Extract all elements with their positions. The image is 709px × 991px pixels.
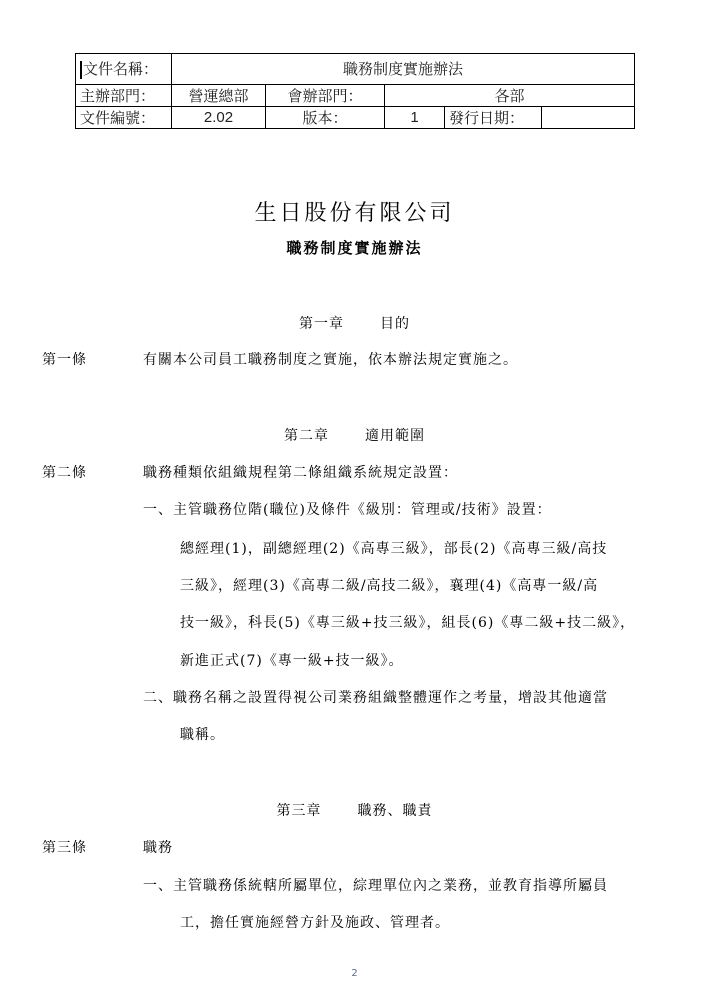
company-name: 生日股份有限公司 xyxy=(0,196,709,227)
co-dept-value[interactable]: 各部 xyxy=(385,85,635,107)
article-2-item-1-line-2: 總經理(1)，副總經理(2)《高專三級》，部長(2)《高專三級/高技 xyxy=(180,538,607,558)
text-cursor xyxy=(80,61,82,79)
article-3-number: 第三條 xyxy=(42,837,87,857)
chapter-name: 目的 xyxy=(380,316,410,332)
doc-name-label: 文件名稱： xyxy=(83,60,158,78)
article-2-item-1-line-4: 技一級》，科長(5)《專三級+技三級》，組長(6)《專二級+技二級》， xyxy=(180,612,635,632)
article-2-text: 職務種類依組織規程第二條組織系統規定設置： xyxy=(143,462,458,482)
doc-name-value[interactable]: 職務制度實施辦法 xyxy=(172,54,635,85)
chapter-number: 第一章 xyxy=(299,316,344,332)
article-3-item-1-line-2: 工，擔任實施經營方針及施政、管理者。 xyxy=(180,912,450,932)
issue-date-label: 發行日期： xyxy=(445,107,542,129)
version-label: 版本： xyxy=(266,107,385,129)
article-1-text: 有關本公司員工職務制度之實施，依本辦法規定實施之。 xyxy=(143,349,518,369)
article-2-item-1-line-1: 一、主管職務位階(職位)及條件《級別：管理或/技術》設置： xyxy=(143,499,552,519)
article-2-item-1-line-3: 三級》，經理(3)《高專二級/高技二級》，襄理(4)《高專一級/高 xyxy=(180,575,598,595)
issue-date-value[interactable] xyxy=(542,107,635,129)
chapter-number: 第三章 xyxy=(277,803,322,819)
co-dept-label: 會辦部門： xyxy=(266,85,385,107)
chapter-name: 職務、職責 xyxy=(358,803,433,819)
document-header-table: 文件名稱： 職務制度實施辦法 主辦部門： 營運總部 會辦部門： 各部 文件編號：… xyxy=(75,53,635,129)
chapter-number: 第二章 xyxy=(284,428,329,444)
article-2-item-1-line-5: 新進正式(7)《專一級+技一級》。 xyxy=(180,650,404,670)
article-1-number: 第一條 xyxy=(42,349,87,369)
page-number: 2 xyxy=(0,968,709,979)
host-dept-value[interactable]: 營運總部 xyxy=(172,85,266,107)
document-title: 職務制度實施辦法 xyxy=(0,237,709,258)
doc-name-label-cell: 文件名稱： xyxy=(76,54,172,85)
host-dept-label: 主辦部門： xyxy=(76,85,172,107)
chapter-2-heading: 第二章適用範圍 xyxy=(0,425,709,445)
article-3-text: 職務 xyxy=(143,837,173,857)
article-2-item-2-line-1: 二、職務名稱之設置得視公司業務組織整體運作之考量，增設其他適當 xyxy=(143,687,608,707)
version-value[interactable]: 1 xyxy=(385,107,445,129)
doc-no-label: 文件編號： xyxy=(76,107,172,129)
article-3-item-1-line-1: 一、主管職務係統轄所屬單位，綜理單位內之業務，並教育指導所屬員 xyxy=(143,875,608,895)
doc-no-value[interactable]: 2.02 xyxy=(172,107,266,129)
chapter-1-heading: 第一章目的 xyxy=(0,313,709,333)
article-2-item-2-line-2: 職稱。 xyxy=(180,724,225,744)
chapter-3-heading: 第三章職務、職責 xyxy=(0,800,709,820)
chapter-name: 適用範圍 xyxy=(365,428,425,444)
article-2-number: 第二條 xyxy=(42,462,87,482)
